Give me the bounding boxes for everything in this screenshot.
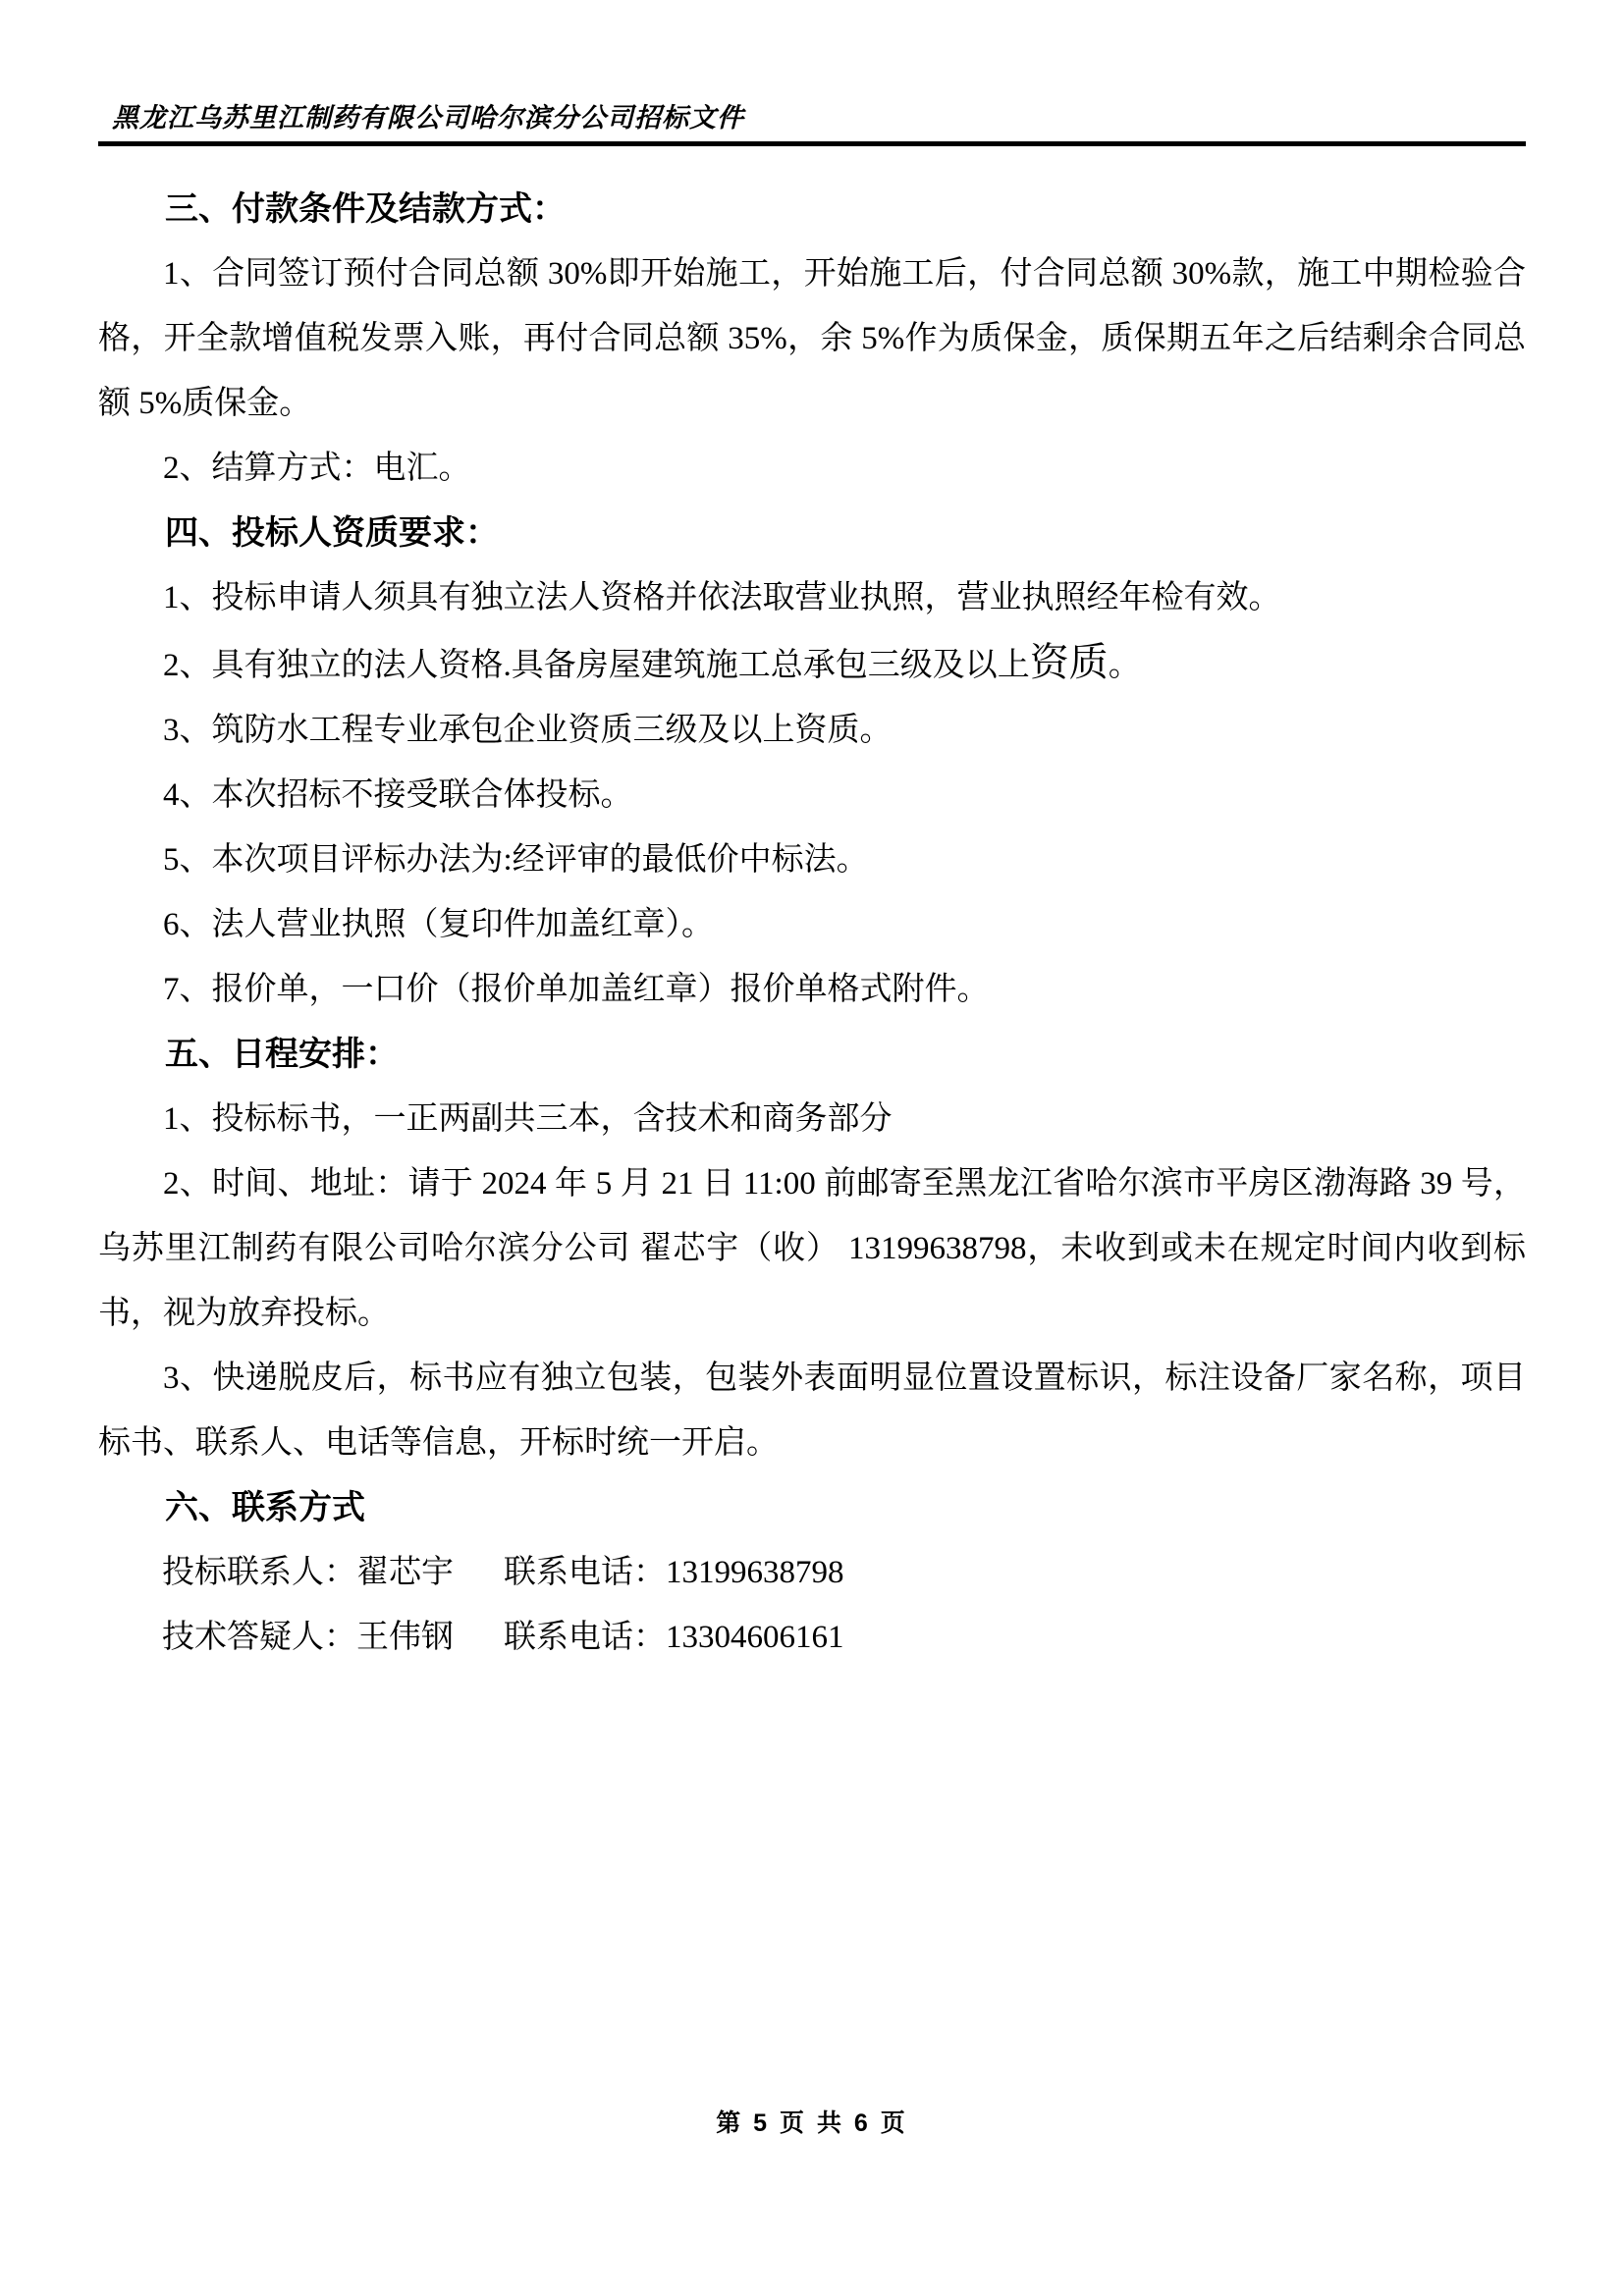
section-heading-payment-terms: 三、付款条件及结款方式： — [98, 177, 1526, 241]
qualification-item-6: 6、法人营业执照（复印件加盖红章）。 — [98, 892, 1526, 957]
technical-contact-person: 技术答疑人：王伟钢 — [162, 1605, 504, 1670]
header-rule — [98, 141, 1526, 146]
bid-contact-person: 投标联系人：翟芯宇 — [162, 1540, 504, 1605]
contact-row-bid: 投标联系人：翟芯宇 联系电话：13199638798 — [98, 1540, 1526, 1605]
technical-contact-phone-number: 13304606161 — [666, 1620, 844, 1655]
document-header: 黑龙江乌苏里江制药有限公司哈尔滨分公司招标文件 — [98, 98, 1526, 146]
document-body: 三、付款条件及结款方式： 1、合同签订预付合同总额 30%即开始施工，开始施工后… — [98, 177, 1526, 1670]
section-heading-contact: 六、联系方式 — [98, 1475, 1526, 1540]
qualification-item-2-emphasis: 资质 — [1030, 640, 1109, 684]
qualification-item-1: 1、投标申请人须具有独立法人资格并依法取营业执照，营业执照经年检有效。 — [98, 565, 1526, 630]
contact-row-technical: 技术答疑人：王伟钢 联系电话：13304606161 — [98, 1605, 1526, 1670]
technical-contact-person-name: 王伟钢 — [356, 1620, 454, 1655]
qualification-item-2: 2、具有独立的法人资格.具备房屋建筑施工总承包三级及以上资质。 — [98, 630, 1526, 698]
section-heading-bidder-qualifications: 四、投标人资质要求： — [98, 501, 1526, 565]
qualification-item-2-period: 。 — [1109, 648, 1141, 683]
qualification-item-4: 4、本次招标不接受联合体投标。 — [98, 763, 1526, 828]
bid-contact-phone: 联系电话：13199638798 — [504, 1540, 844, 1605]
schedule-item-3: 3、快递脱皮后，标书应有独立包装，包装外表面明显位置设置标识，标注设备厂家名称，… — [98, 1346, 1526, 1475]
technical-contact-phone-label: 联系电话： — [504, 1620, 666, 1655]
document-page: 黑龙江乌苏里江制药有限公司哈尔滨分公司招标文件 三、付款条件及结款方式： 1、合… — [0, 0, 1624, 2296]
bid-contact-phone-number: 13199638798 — [666, 1555, 844, 1590]
payment-terms-paragraph-1: 1、合同签订预付合同总额 30%即开始施工，开始施工后，付合同总额 30%款，施… — [98, 241, 1526, 436]
bid-contact-person-label: 投标联系人： — [162, 1555, 356, 1590]
header-title: 黑龙江乌苏里江制药有限公司哈尔滨分公司招标文件 — [98, 98, 1526, 137]
bid-contact-phone-label: 联系电话： — [504, 1555, 666, 1590]
qualification-item-7: 7、报价单，一口价（报价单加盖红章）报价单格式附件。 — [98, 957, 1526, 1022]
qualification-item-3: 3、筑防水工程专业承包企业资质三级及以上资质。 — [98, 698, 1526, 763]
section-heading-schedule: 五、日程安排： — [98, 1022, 1526, 1087]
page-number-footer: 第 5 页 共 6 页 — [0, 2104, 1624, 2139]
technical-contact-person-label: 技术答疑人： — [162, 1620, 356, 1655]
qualification-item-2-text: 2、具有独立的法人资格.具备房屋建筑施工总承包三级及以上 — [163, 648, 1030, 683]
schedule-item-2: 2、时间、地址：请于 2024 年 5 月 21 日 11:00 前邮寄至黑龙江… — [98, 1151, 1526, 1346]
bid-contact-person-name: 翟芯宇 — [356, 1555, 454, 1590]
technical-contact-phone: 联系电话：13304606161 — [504, 1605, 844, 1670]
qualification-item-5: 5、本次项目评标办法为:经评审的最低价中标法。 — [98, 828, 1526, 892]
payment-terms-paragraph-2: 2、结算方式：电汇。 — [98, 436, 1526, 501]
schedule-item-1: 1、投标标书，一正两副共三本，含技术和商务部分 — [98, 1087, 1526, 1151]
